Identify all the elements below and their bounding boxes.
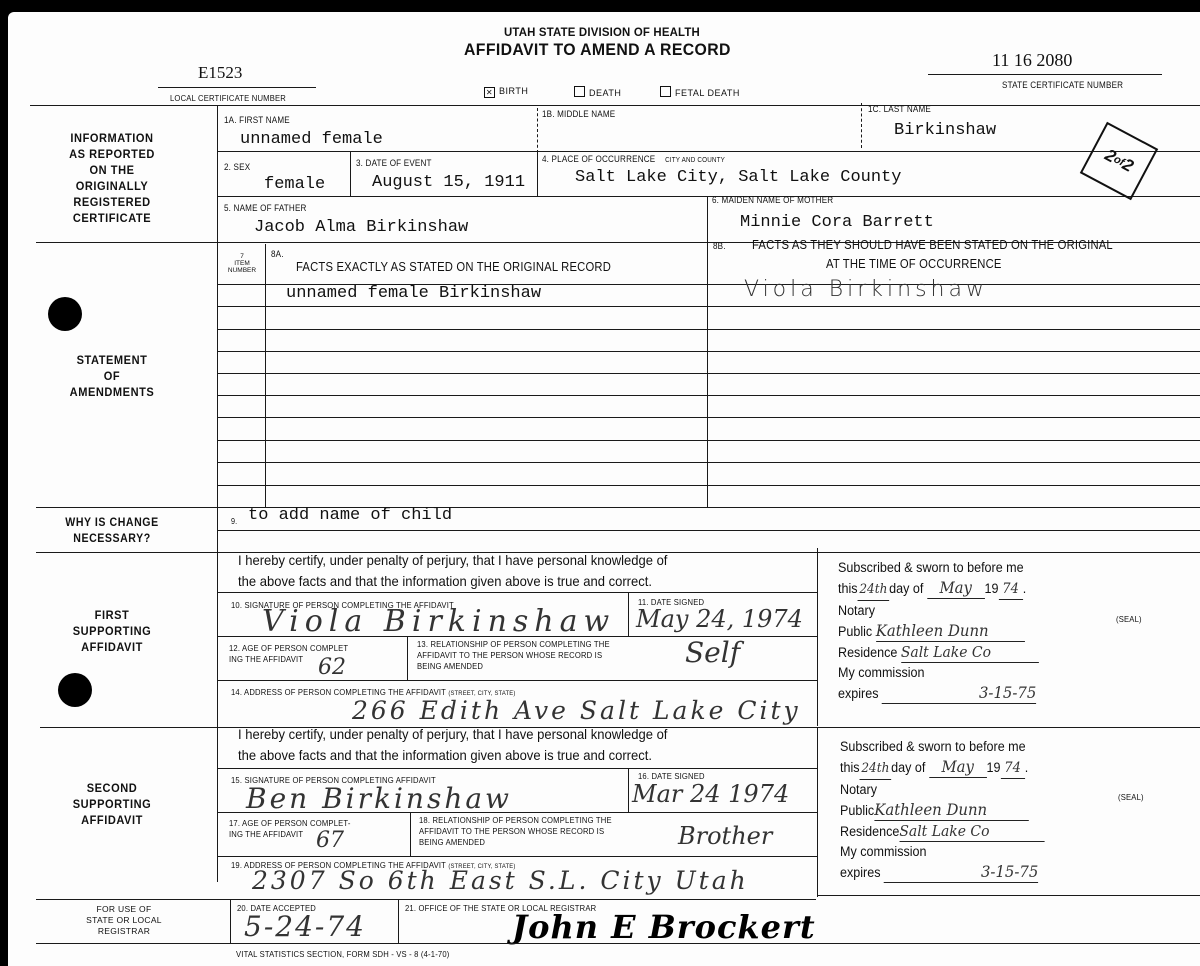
first-name-value[interactable]: unnamed female <box>240 130 383 149</box>
mother-label: 6. MAIDEN NAME OF MOTHER <box>712 195 833 205</box>
col-8b-num: 8B. <box>713 241 726 251</box>
section-second-affidavit: SECOND SUPPORTING AFFIDAVIT <box>44 780 180 828</box>
notary2-signature[interactable]: Kathleen Dunn <box>874 800 1028 821</box>
binder-hole <box>58 673 92 707</box>
binder-hole <box>48 297 82 331</box>
agency-name: UTAH STATE DIVISION OF HEALTH <box>504 25 700 39</box>
checkbox-checked-icon: ✕ <box>484 87 495 98</box>
amendment-original[interactable]: unnamed female Birkinshaw <box>286 284 541 303</box>
sig2-value[interactable]: Ben Birkinshaw <box>246 782 512 815</box>
record-type-birth[interactable]: ✕BIRTH <box>484 86 528 98</box>
father-value[interactable]: Jacob Alma Birkinshaw <box>254 218 468 237</box>
place-value[interactable]: Salt Lake City, Salt Lake County <box>575 168 901 187</box>
mother-value[interactable]: Minnie Cora Barrett <box>740 213 934 232</box>
section-registrar: FOR USE OF STATE OR LOCAL REGISTRAR <box>74 904 174 937</box>
father-label: 5. NAME OF FATHER <box>224 203 307 213</box>
section-first-affidavit: FIRST SUPPORTING AFFIDAVIT <box>44 607 180 655</box>
sig1-value[interactable]: Viola Birkinshaw <box>262 604 615 639</box>
address1-value[interactable]: 266 Edith Ave Salt Lake City <box>352 696 801 725</box>
middle-name-label: 1B. MIDDLE NAME <box>542 109 615 119</box>
date2-value[interactable]: Mar 24 1974 <box>632 780 789 808</box>
address2-value[interactable]: 2307 So 6th East S.L. City Utah <box>252 866 749 895</box>
notary-block-2: Subscribed & sworn to before me this24th… <box>840 737 1044 883</box>
relationship2-label: 18. RELATIONSHIP OF PERSON COMPLETING TH… <box>419 815 612 848</box>
notary2-month[interactable]: May <box>929 757 987 778</box>
relationship1-label: 13. RELATIONSHIP OF PERSON COMPLETING TH… <box>417 639 610 672</box>
record-type-label: BIRTH <box>499 86 528 96</box>
first-name-label: 1A. FIRST NAME <box>224 115 290 125</box>
state-certificate-label: STATE CERTIFICATE NUMBER <box>1002 80 1123 90</box>
checkbox-icon <box>574 86 585 97</box>
local-certificate-number[interactable]: E1523 <box>198 63 242 83</box>
notary1-day[interactable]: 24th <box>858 580 890 601</box>
notary1-residence[interactable]: Salt Lake Co <box>901 642 1039 663</box>
notary2-residence[interactable]: Salt Lake Co <box>899 821 1044 842</box>
amendment-corrected[interactable]: Viola Birkinshaw <box>744 277 988 302</box>
form-footer: VITAL STATISTICS SECTION, FORM SDH - VS … <box>236 949 450 959</box>
local-certificate-label: LOCAL CERTIFICATE NUMBER <box>170 93 286 103</box>
date1-value[interactable]: May 24, 1974 <box>636 605 803 633</box>
place-label: 4. PLACE OF OCCURRENCE CITY AND COUNTY <box>542 154 725 164</box>
registrar-signature[interactable]: John E Brockert <box>512 908 816 946</box>
last-name-label: 1C. LAST NAME <box>868 104 931 114</box>
notary2-year[interactable]: 74 <box>1001 758 1025 779</box>
certification-statement: I hereby certify, under penalty of perju… <box>238 724 667 766</box>
state-certificate-number[interactable]: 11 16 2080 <box>992 50 1072 71</box>
col-8a-num: 8A. <box>271 249 284 259</box>
sex-value[interactable]: female <box>264 175 325 194</box>
notary1-month[interactable]: May <box>927 578 985 599</box>
sex-label: 2. SEX <box>224 162 250 172</box>
section-why: WHY IS CHANGE NECESSARY? <box>44 515 180 547</box>
checkbox-icon <box>660 86 671 97</box>
relationship1-value[interactable]: Self <box>685 636 740 669</box>
notary1-year[interactable]: 74 <box>999 579 1023 600</box>
notary1-signature[interactable]: Kathleen Dunn <box>876 621 1025 642</box>
certification-statement: I hereby certify, under penalty of perju… <box>238 550 667 592</box>
record-type-label: FETAL DEATH <box>675 88 740 98</box>
col-8a-header: FACTS EXACTLY AS STATED ON THE ORIGINAL … <box>296 260 611 274</box>
col-8b-header-2: AT THE TIME OF OCCURRENCE <box>826 257 1002 271</box>
record-type-death[interactable]: DEATH <box>574 86 621 98</box>
col-8b-header-1: FACTS AS THEY SHOULD HAVE BEEN STATED ON… <box>752 238 1113 252</box>
age1-value[interactable]: 62 <box>318 655 346 680</box>
document-title: AFFIDAVIT TO AMEND A RECORD <box>464 40 731 60</box>
record-type-fetal-death[interactable]: FETAL DEATH <box>660 86 740 98</box>
record-type-label: DEATH <box>589 88 621 98</box>
date-of-event-value[interactable]: August 15, 1911 <box>372 173 525 192</box>
date-accepted-value[interactable]: 5-24-74 <box>244 910 366 943</box>
date-of-event-label: 3. DATE OF EVENT <box>356 158 432 168</box>
relationship2-value[interactable]: Brother <box>678 822 772 850</box>
item-number-header: 7 ITEM NUMBER <box>222 253 262 274</box>
reason-num: 9. <box>231 517 237 526</box>
seal-label-1: (SEAL) <box>1116 614 1142 624</box>
notary2-expires[interactable]: 3-15-75 <box>884 862 1038 883</box>
section-amendments: STATEMENT OF AMENDMENTS <box>44 352 180 400</box>
section-original-info: INFORMATION AS REPORTED ON THE ORIGINALL… <box>44 130 180 226</box>
notary-block-1: Subscribed & sworn to before me this24th… <box>838 558 1038 704</box>
notary1-expires[interactable]: 3-15-75 <box>882 683 1036 704</box>
notary2-day[interactable]: 24th <box>860 759 892 780</box>
last-name-value[interactable]: Birkinshaw <box>894 121 996 140</box>
reason-value[interactable]: to add name of child <box>248 506 452 525</box>
age2-value[interactable]: 67 <box>316 828 344 853</box>
seal-label-2: (SEAL) <box>1118 792 1144 802</box>
